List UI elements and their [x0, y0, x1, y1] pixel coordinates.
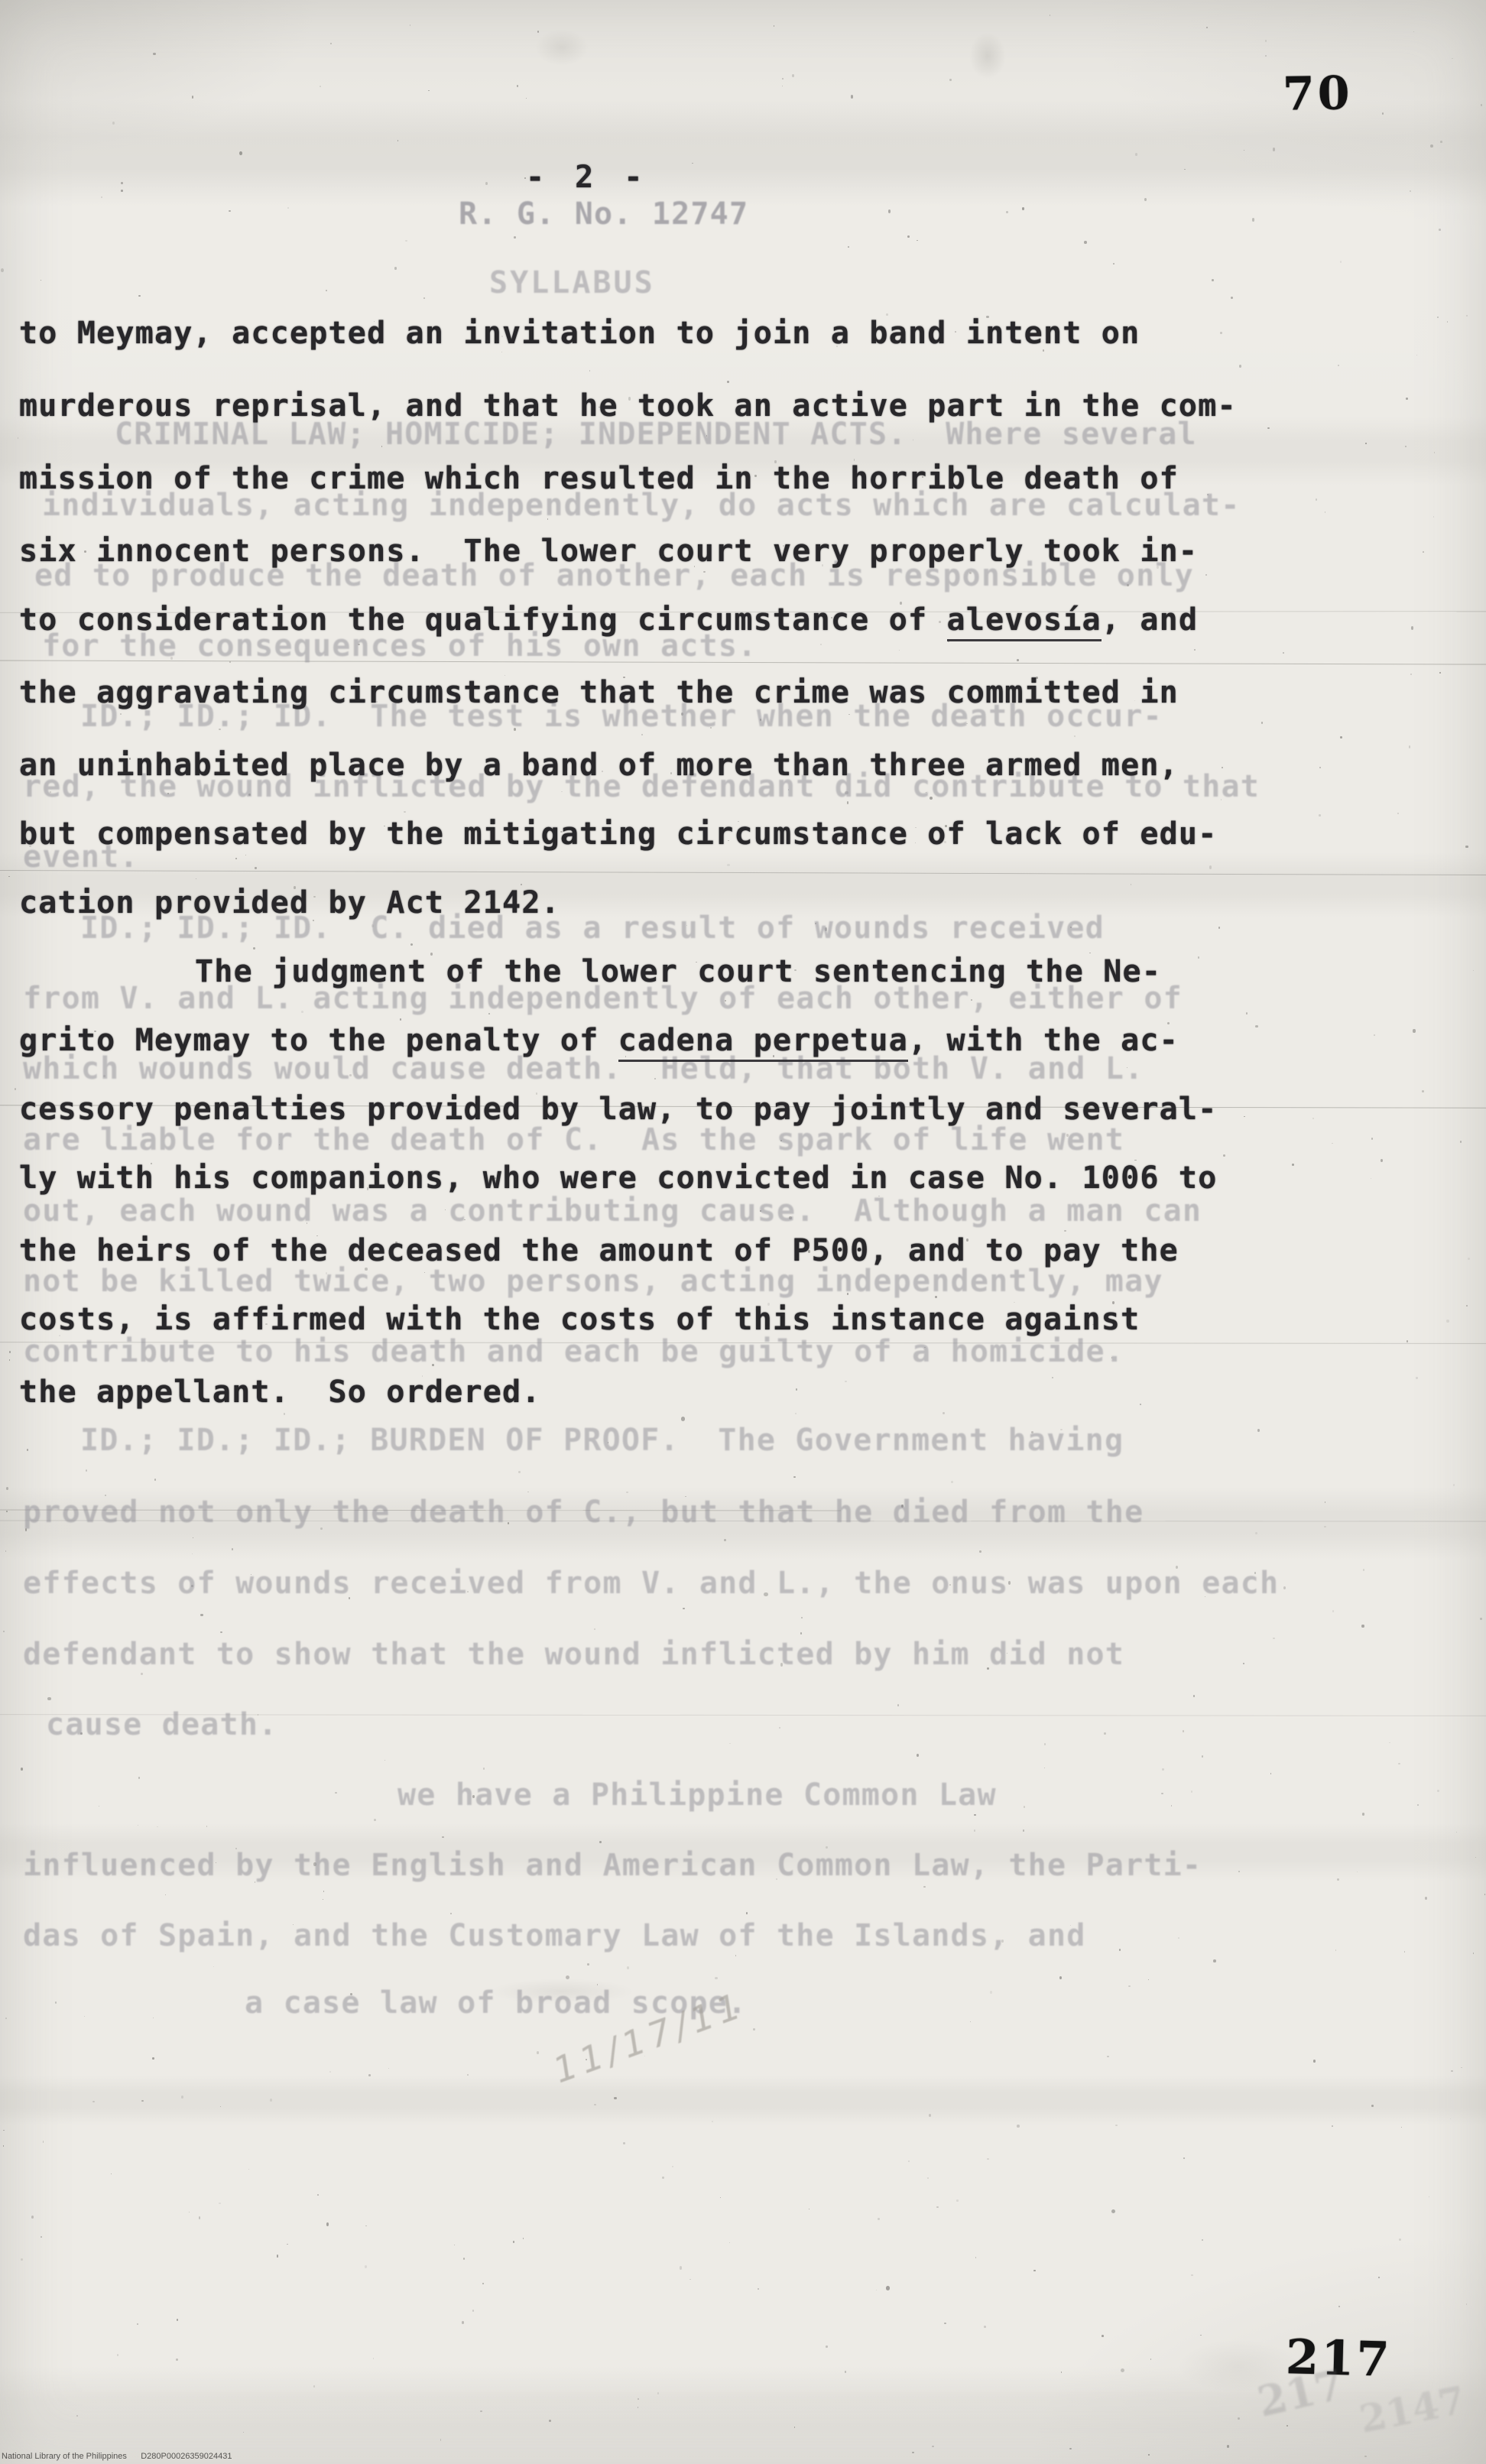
speck	[1150, 2358, 1152, 2360]
speck	[1434, 452, 1435, 453]
speck	[1338, 365, 1339, 367]
scanned-document-page: 70 - 2 - R. G. No. 12747 SYLLABUS CRIMIN…	[0, 0, 1486, 2464]
speck	[1178, 1937, 1179, 1939]
speck	[1439, 672, 1440, 674]
speck-large	[1213, 1959, 1216, 1962]
body-line: six innocent persons. The lower court ve…	[19, 534, 1198, 568]
body-line: to consideration the qualifying circumst…	[19, 603, 1198, 637]
speck	[523, 2238, 524, 2238]
speck	[518, 1471, 521, 1473]
speck	[809, 2209, 810, 2209]
speck	[55, 2001, 57, 2004]
speck	[527, 1492, 528, 1492]
speck	[1437, 1790, 1439, 1792]
speck	[795, 1413, 797, 1414]
speck	[121, 190, 123, 191]
speck	[1148, 1979, 1149, 1980]
speck	[1340, 261, 1342, 262]
speck	[1162, 1768, 1164, 1770]
speck	[3, 2130, 5, 2131]
body-line: costs, is affirmed with the costs of thi…	[19, 1303, 1140, 1336]
speck	[1244, 150, 1244, 151]
speck	[1416, 355, 1417, 355]
speck	[1337, 1878, 1339, 1881]
speck	[1050, 15, 1051, 16]
speck	[537, 2051, 539, 2053]
speck	[1338, 2306, 1341, 2307]
body-line: The judgment of the lower court sentenci…	[195, 955, 1161, 989]
speck	[9, 1359, 11, 1361]
speck	[1218, 927, 1221, 929]
speck	[462, 2321, 464, 2324]
speck	[138, 1825, 138, 1826]
speck	[1140, 1404, 1141, 1405]
speck	[1429, 2196, 1429, 2197]
speck	[1273, 1638, 1275, 1639]
speck	[1006, 211, 1008, 213]
speck	[1220, 332, 1222, 335]
paper-smudge	[969, 32, 1006, 80]
speck	[1340, 736, 1342, 739]
speck	[1222, 767, 1223, 768]
speck	[388, 2068, 389, 2069]
speck	[255, 867, 256, 868]
speck	[1473, 1953, 1474, 1954]
speck	[1401, 2127, 1402, 2128]
speck	[1059, 1976, 1062, 1980]
speck	[1131, 884, 1131, 885]
speck	[1044, 1768, 1045, 1769]
speck	[683, 1608, 685, 1609]
speck	[899, 650, 900, 651]
speck	[1064, 1230, 1066, 1232]
speck	[1433, 516, 1435, 518]
speck	[638, 2398, 639, 2399]
ghost-line: proved not only the death of C., but tha…	[23, 1495, 1144, 1529]
speck	[1089, 953, 1090, 953]
speck	[848, 246, 849, 248]
speck	[284, 1413, 286, 1415]
speck	[373, 2358, 375, 2358]
speck	[1255, 1532, 1257, 1534]
speck	[317, 2194, 320, 2196]
speck	[594, 2104, 596, 2106]
speck	[5, 2018, 7, 2019]
speck	[1382, 112, 1384, 115]
speck	[330, 43, 332, 45]
speck	[715, 1977, 717, 1979]
speck	[21, 2258, 23, 2261]
speck	[326, 290, 327, 291]
speck	[1052, 1377, 1053, 1378]
speck	[394, 267, 397, 269]
speck	[779, 1727, 780, 1729]
speck	[220, 1631, 222, 1633]
paper-smudge	[535, 29, 589, 66]
speck	[929, 2114, 931, 2118]
speck	[365, 2265, 367, 2268]
speck	[793, 1476, 795, 1478]
speck	[1267, 427, 1270, 429]
speck	[3, 2145, 4, 2146]
speck	[229, 210, 231, 212]
speck	[1231, 297, 1233, 299]
page-stamp-70: 70	[1282, 67, 1353, 122]
speck-large	[1362, 1813, 1365, 1816]
speck	[137, 2323, 138, 2324]
speck	[1425, 1897, 1427, 1900]
speck	[1191, 1790, 1192, 1792]
speck	[141, 1673, 143, 1675]
speck	[1363, 1569, 1364, 1571]
speck	[796, 1388, 797, 1390]
ghost-line: we have a Philippine Common Law	[397, 1778, 997, 1812]
speck	[1193, 1695, 1195, 1697]
speck	[587, 1963, 589, 1966]
speck	[948, 641, 949, 642]
speck	[623, 2142, 625, 2145]
speck	[1184, 169, 1186, 170]
body-line: an uninhabited place by a band of more t…	[19, 748, 1179, 782]
speck	[15, 1088, 16, 1090]
speck	[1446, 1320, 1449, 1323]
speck	[21, 1768, 23, 1771]
speck	[984, 2326, 986, 2328]
speck	[1456, 1832, 1458, 1833]
speck	[1316, 498, 1318, 501]
speck	[480, 2410, 482, 2412]
speck	[1244, 1116, 1245, 1118]
speck	[1265, 55, 1267, 57]
speck-large	[47, 1697, 51, 1701]
speck	[440, 2439, 442, 2441]
speck	[1484, 1894, 1486, 1895]
speck	[1450, 2118, 1451, 2119]
speck	[1437, 317, 1439, 318]
speck	[323, 1891, 324, 1892]
speck	[990, 1991, 992, 1994]
speck	[323, 1899, 323, 1900]
speck	[235, 858, 237, 859]
speck	[1209, 865, 1212, 868]
speck	[313, 2385, 315, 2388]
speck	[232, 1548, 233, 1550]
speck	[41, 2236, 42, 2238]
speck	[253, 947, 255, 950]
speck	[974, 1814, 976, 1816]
speck	[517, 85, 519, 87]
body-line: the appellant. So ordered.	[19, 1375, 541, 1409]
speck	[92, 2101, 95, 2103]
speck	[614, 2097, 616, 2099]
speck	[917, 1754, 919, 1757]
speck	[820, 644, 822, 645]
speck	[774, 25, 774, 27]
speck	[1183, 2157, 1185, 2159]
speck	[1397, 813, 1399, 814]
speck	[1473, 970, 1474, 971]
speck	[1, 268, 3, 272]
speck	[1273, 148, 1275, 151]
speck	[888, 209, 891, 213]
speck	[206, 1826, 207, 1826]
speck	[472, 2310, 474, 2312]
speck	[927, 2177, 929, 2179]
speck	[1335, 1949, 1336, 1951]
speck	[549, 2420, 551, 2422]
speck	[599, 1841, 602, 1843]
speck	[1074, 735, 1076, 737]
speck	[121, 182, 123, 184]
speck	[1371, 1138, 1373, 1140]
speck	[1481, 104, 1482, 106]
body-line: the aggravating circumstance that the cr…	[19, 676, 1179, 709]
speck	[1466, 315, 1468, 317]
speck	[192, 96, 194, 99]
speck	[1468, 1258, 1470, 1260]
speck	[483, 1768, 485, 1770]
speck	[1332, 2125, 1332, 2127]
speck	[689, 2279, 691, 2281]
speck	[746, 1912, 748, 1914]
speck	[1423, 551, 1424, 553]
speck-large	[886, 2286, 890, 2290]
speck	[1243, 1663, 1245, 1664]
speck	[501, 352, 502, 352]
speck	[84, 2016, 85, 2017]
speck	[31, 2216, 34, 2219]
speck	[1198, 956, 1199, 958]
speck	[936, 2206, 938, 2208]
speck	[1461, 2067, 1462, 2068]
speck	[397, 140, 399, 141]
speck	[482, 2283, 484, 2284]
speck	[200, 1614, 203, 1616]
ghost-line: defendant to show that the wound inflict…	[23, 1638, 1124, 1671]
speck	[1200, 2335, 1202, 2336]
speck	[951, 1481, 953, 1483]
speck	[932, 2446, 934, 2447]
speck	[1398, 1763, 1400, 1764]
speck	[1212, 279, 1214, 282]
speck	[1223, 1154, 1225, 1157]
speck	[1475, 1857, 1476, 1858]
speck	[692, 163, 693, 164]
speck-large	[1121, 2368, 1125, 2373]
ghost-line: effects of wounds received from V. and L…	[23, 1566, 1279, 1600]
speck	[1115, 2125, 1118, 2127]
speck	[944, 2323, 946, 2324]
speck	[907, 235, 910, 238]
speck	[1409, 745, 1410, 748]
speck	[1319, 767, 1321, 768]
speck	[1102, 2335, 1104, 2337]
speck	[1447, 321, 1448, 323]
speck	[5, 1550, 7, 1552]
speck	[537, 31, 539, 33]
speck	[1413, 31, 1414, 33]
speck	[153, 2018, 154, 2019]
speck	[782, 78, 783, 80]
speck	[270, 2099, 272, 2102]
speck	[1371, 1178, 1371, 1179]
speck	[1404, 1951, 1405, 1952]
library-watermark: National Library of the Philippines D280…	[2, 2452, 232, 2461]
speck	[1239, 365, 1241, 368]
speck	[400, 1018, 401, 1021]
speck	[1466, 1305, 1468, 1307]
speck	[657, 2392, 659, 2394]
speck	[1206, 27, 1208, 28]
speck	[176, 2358, 178, 2361]
speck	[514, 236, 516, 239]
speck	[923, 1886, 926, 1888]
speck	[177, 2319, 178, 2320]
speck	[6, 1511, 8, 1512]
speck	[213, 1966, 214, 1967]
speck	[1399, 2238, 1401, 2241]
speck	[724, 1539, 726, 1542]
speck	[1265, 40, 1267, 42]
speck	[196, 878, 196, 879]
speck	[112, 122, 115, 125]
speck	[589, 370, 590, 371]
speck	[801, 1617, 803, 1618]
speck	[442, 1836, 443, 1838]
speck	[1252, 218, 1254, 221]
speck	[111, 2173, 112, 2174]
speck	[1261, 722, 1263, 723]
speck-large	[1022, 207, 1025, 210]
speck	[1389, 1742, 1390, 1743]
scan-hairline	[0, 870, 1486, 875]
body-line: grito Meymay to the penalty of cadena pe…	[19, 1024, 1179, 1057]
speck	[1292, 1164, 1294, 1166]
speck	[1325, 1501, 1325, 1503]
speck	[423, 297, 424, 299]
speck	[1325, 511, 1325, 513]
speck	[329, 2071, 332, 2073]
speck	[154, 1479, 156, 1482]
speck	[974, 1829, 975, 1832]
speck	[1381, 1159, 1383, 1162]
speck-large	[566, 1975, 569, 1979]
speck	[956, 2199, 959, 2201]
speck	[141, 2100, 143, 2102]
speck	[181, 2096, 183, 2099]
ghost-line: not be killed twice, two persons, acting…	[23, 1264, 1163, 1298]
speck	[1023, 1829, 1024, 1831]
speck	[189, 2212, 190, 2212]
speck	[76, 2415, 78, 2417]
speck	[9, 1351, 11, 1352]
speck	[199, 2216, 201, 2219]
page-stamp-217-echo: 217	[1253, 2359, 1348, 2427]
page-number: - 2 -	[526, 161, 648, 194]
speck	[404, 811, 406, 813]
speck	[845, 2371, 846, 2373]
speck	[594, 1628, 595, 1630]
speck	[243, 2432, 244, 2433]
speck	[975, 2257, 976, 2258]
speck	[1332, 1143, 1332, 1144]
speck	[454, 2245, 455, 2245]
ghost-line: ID.; ID.; ID.; BURDEN OF PROOF. The Gove…	[80, 1424, 1124, 1457]
speck	[165, 1894, 166, 1895]
body-line: to Meymay, accepted an invitation to joi…	[19, 317, 1140, 350]
speck	[1416, 1377, 1417, 1378]
speck	[428, 90, 430, 92]
speck	[1460, 1141, 1462, 1143]
speck	[1361, 1625, 1364, 1628]
speck	[287, 207, 289, 209]
speck	[662, 2177, 664, 2179]
speck	[1440, 141, 1442, 143]
speck	[1439, 229, 1440, 231]
speck	[245, 855, 246, 855]
speck	[1453, 1484, 1455, 1487]
speck	[987, 2158, 989, 2160]
speck	[1017, 659, 1019, 661]
speck	[6, 1487, 8, 1490]
speck	[949, 79, 952, 81]
speck	[627, 1966, 629, 1969]
speck	[1417, 1804, 1419, 1806]
speck	[248, 2169, 249, 2170]
scan-tone-band	[0, 99, 1486, 206]
speck	[526, 98, 527, 99]
speck	[1119, 1949, 1121, 1951]
ghost-line: out, each wound was a contributing cause…	[23, 1194, 1202, 1228]
speck	[970, 2021, 972, 2022]
speck	[450, 1913, 452, 1914]
speck	[1313, 2060, 1316, 2062]
speck	[1194, 649, 1195, 651]
speck	[720, 2197, 721, 2198]
speck	[1017, 2125, 1019, 2128]
speck	[1466, 2303, 1467, 2305]
speck-large	[1111, 2209, 1115, 2213]
speck	[876, 2290, 877, 2291]
speck	[1405, 446, 1407, 447]
speck	[1255, 1025, 1257, 1027]
speck	[368, 2074, 371, 2076]
speck	[1465, 846, 1468, 847]
speck	[138, 1777, 141, 1779]
speck	[1378, 2277, 1380, 2278]
ghost-line: das of Spain, and the Customary Law of t…	[23, 1919, 1086, 1953]
speck	[193, 1537, 193, 1538]
ghost-syllabus-heading: SYLLABUS	[489, 266, 655, 300]
speck	[1144, 198, 1147, 201]
speck	[735, 1955, 737, 1956]
ghost-line: are liable for the death of C. As the sp…	[23, 1123, 1124, 1157]
speck	[157, 1826, 158, 1828]
speck	[384, 1760, 385, 1761]
speck	[1324, 1526, 1326, 1527]
speck	[1410, 190, 1411, 192]
body-line: mission of the crime which resulted in t…	[19, 462, 1179, 495]
speck	[897, 1704, 899, 1706]
speck	[8, 876, 10, 878]
speck	[1183, 1730, 1184, 1732]
speck	[1357, 1872, 1358, 1872]
speck	[1202, 2239, 1203, 2241]
speck	[792, 74, 794, 77]
speck	[374, 1819, 376, 1821]
speck	[335, 1792, 337, 1794]
speck	[43, 2141, 44, 2143]
